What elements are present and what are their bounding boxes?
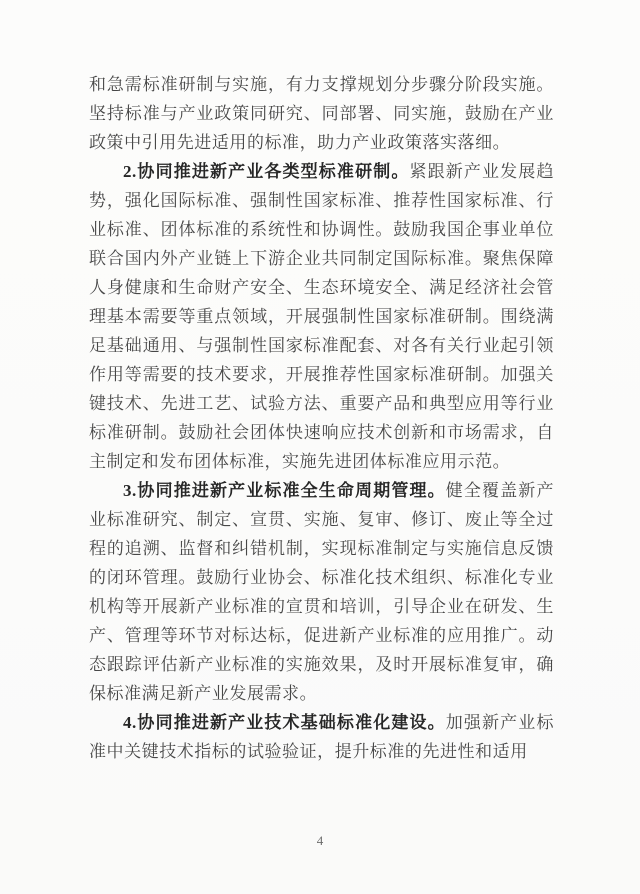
section-4-heading: 4.协同推进新产业技术基础标准化建设。 — [123, 713, 446, 732]
document-page: 和急需标准研制与实施，有力支撑规划分步骤分阶段实施。坚持标准与产业政策同研究、同… — [0, 0, 640, 894]
paragraph-section-2: 2.协同推进新产业各类型标准研制。紧跟新产业发展趋势，强化国际标准、强制性国家标… — [89, 157, 554, 476]
page-number: 4 — [0, 833, 640, 849]
paragraph-continuation-text: 和急需标准研制与实施，有力支撑规划分步骤分阶段实施。坚持标准与产业政策同研究、同… — [89, 75, 554, 152]
section-3-heading: 3.协同推进新产业标准全生命周期管理。 — [123, 481, 446, 500]
paragraph-section-4: 4.协同推进新产业技术基础标准化建设。加强新产业标准中关键技术指标的试验验证，提… — [89, 708, 554, 766]
paragraph-continuation: 和急需标准研制与实施，有力支撑规划分步骤分阶段实施。坚持标准与产业政策同研究、同… — [89, 70, 554, 157]
document-body-text: 和急需标准研制与实施，有力支撑规划分步骤分阶段实施。坚持标准与产业政策同研究、同… — [89, 70, 554, 766]
section-2-body-text: 紧跟新产业发展趋势，强化国际标准、强制性国家标准、推荐性国家标准、行业标准、团体… — [89, 162, 554, 471]
section-3-body-text: 健全覆盖新产业标准研究、制定、宣贯、实施、复审、修订、废止等全过程的追溯、监督和… — [89, 481, 554, 703]
paragraph-section-3: 3.协同推进新产业标准全生命周期管理。健全覆盖新产业标准研究、制定、宣贯、实施、… — [89, 476, 554, 708]
section-2-heading: 2.协同推进新产业各类型标准研制。 — [123, 162, 409, 181]
